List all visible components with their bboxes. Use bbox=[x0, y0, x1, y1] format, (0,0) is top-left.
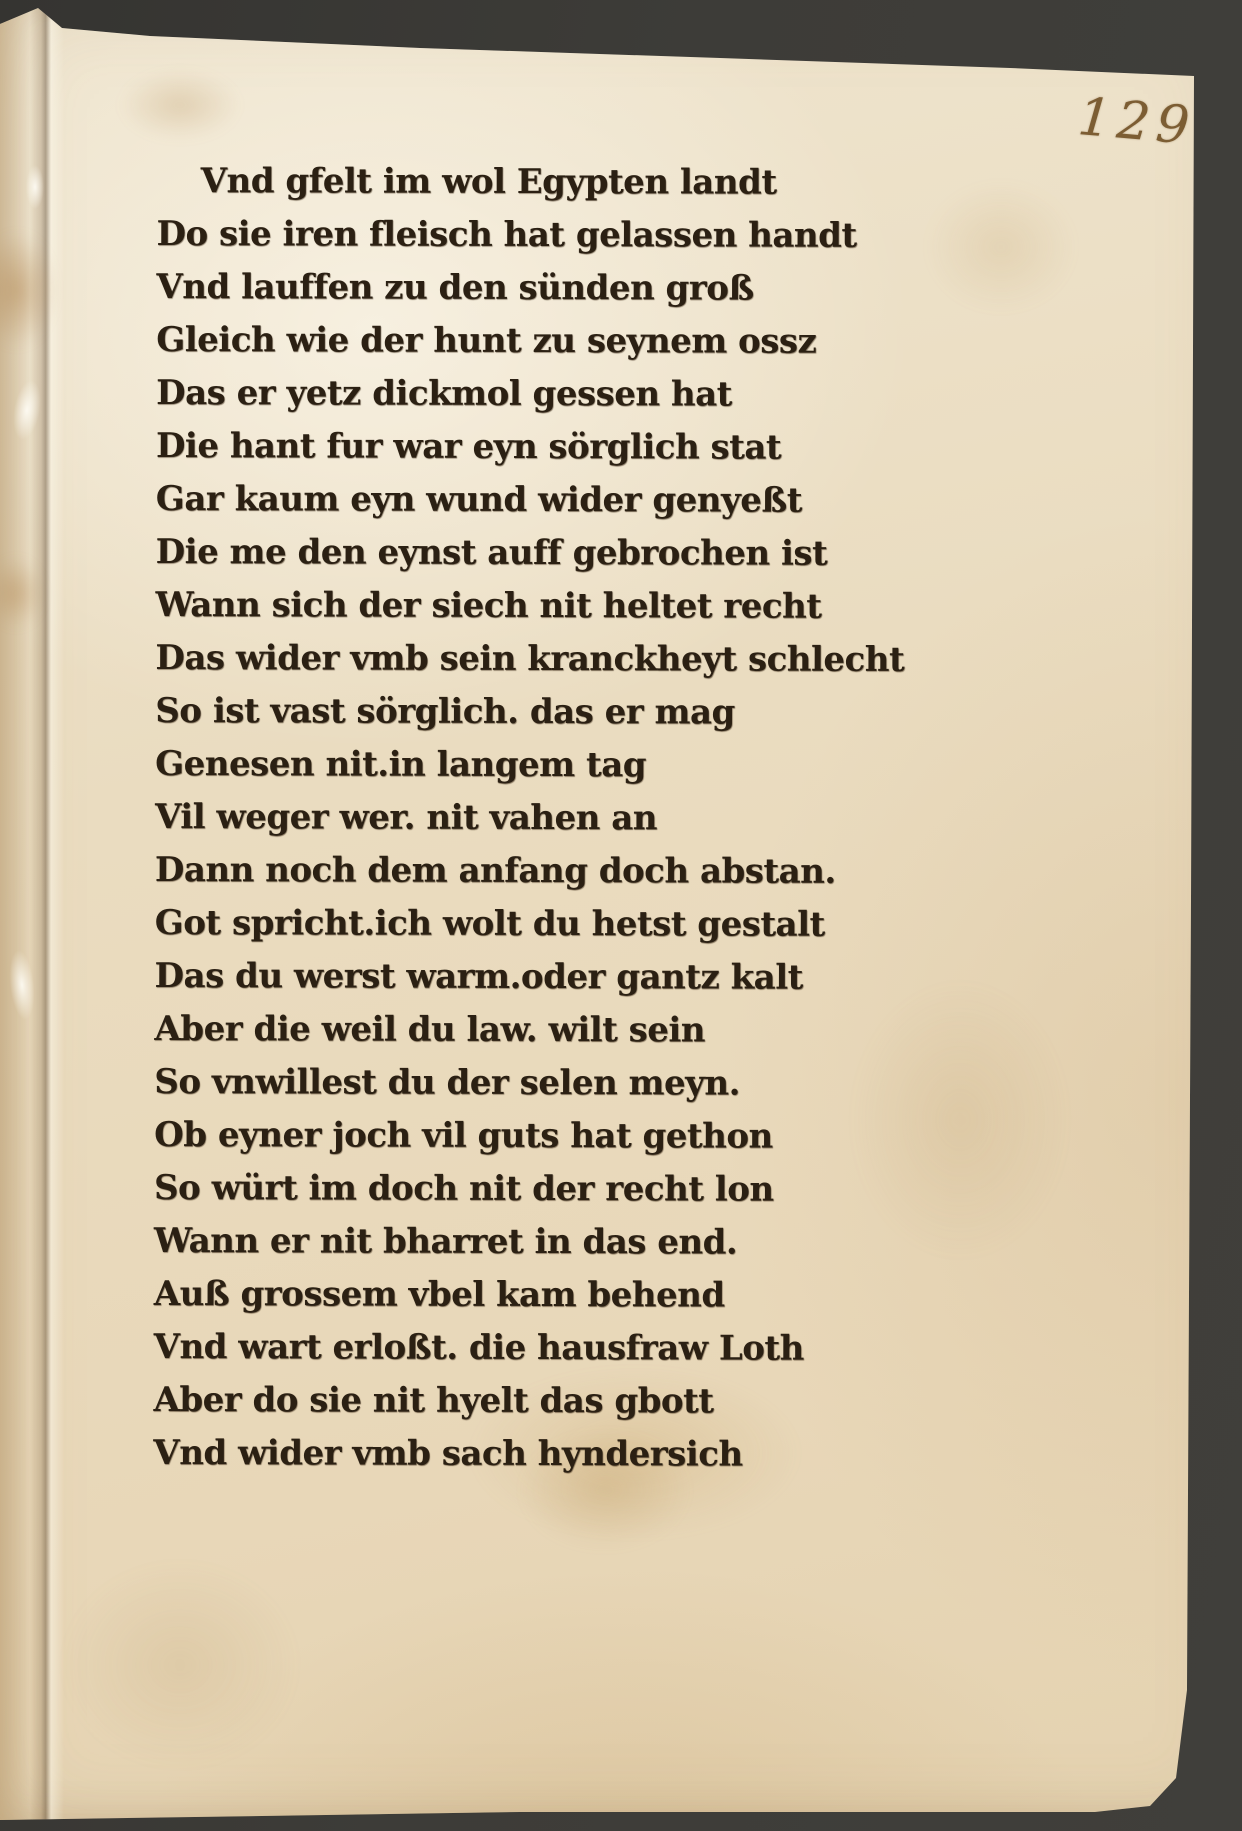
scanned-book-spread: 129 Vnd gfelt im wol Egypten landtDo sie… bbox=[0, 0, 1242, 1831]
text-line: Das du werst warm.oder gantz kalt bbox=[155, 950, 915, 1005]
stain bbox=[120, 70, 240, 140]
text-line: So würt im doch nit der recht lon bbox=[154, 1162, 914, 1217]
text-line: Wann er nit bharret in das end. bbox=[154, 1215, 914, 1270]
text-line: So vnwillest du der selen meyn. bbox=[154, 1056, 914, 1111]
verse-text-block: Vnd gfelt im wol Egypten landtDo sie ire… bbox=[153, 155, 916, 1482]
folio-number: 129 bbox=[1076, 87, 1198, 157]
text-line: Die me den eynst auff gebrochen ist bbox=[156, 526, 916, 581]
text-line: Wann sich der siech nit heltet recht bbox=[155, 579, 915, 634]
text-line: Gleich wie der hunt zu seynem ossz bbox=[156, 314, 916, 369]
text-line: Vnd wart erloßt. die hausfraw Loth bbox=[154, 1321, 914, 1376]
text-line: Ob eyner joch vil guts hat gethon bbox=[154, 1109, 914, 1164]
text-line: Das wider vmb sein kranckheyt schlecht bbox=[155, 632, 915, 687]
text-line: Aber do sie nit hyelt das gbott bbox=[153, 1374, 913, 1429]
text-line: Genesen nit.in langem tag bbox=[155, 738, 915, 793]
text-line: Aber die weil du law. wilt sein bbox=[154, 1003, 914, 1058]
text-line: Auß grossem vbel kam behend bbox=[154, 1268, 914, 1323]
stain bbox=[926, 182, 1076, 312]
book-page: 129 Vnd gfelt im wol Egypten landtDo sie… bbox=[0, 0, 1242, 1831]
stain bbox=[60, 1560, 300, 1770]
text-line: So ist vast sörglich. das er mag bbox=[155, 685, 915, 740]
text-line: Das er yetz dickmol gessen hat bbox=[156, 367, 916, 422]
text-line: Vnd lauffen zu den sünden groß bbox=[156, 261, 916, 316]
text-line: Vil weger wer. nit vahen an bbox=[155, 791, 915, 846]
paper-flaw bbox=[26, 165, 44, 209]
text-line: Gar kaum eyn wund wider genyeßt bbox=[156, 473, 916, 528]
text-line: Dann noch dem anfang doch abstan. bbox=[155, 844, 915, 899]
text-line: Vnd wider vmb sach hyndersich bbox=[153, 1427, 913, 1482]
text-line: Vnd gfelt im wol Egypten landt bbox=[157, 155, 917, 210]
text-line: Die hant fur war eyn sörglich stat bbox=[156, 420, 916, 475]
text-line: Do sie iren fleisch hat gelassen handt bbox=[156, 208, 916, 263]
text-line: Got spricht.ich wolt du hetst gestalt bbox=[155, 897, 915, 952]
